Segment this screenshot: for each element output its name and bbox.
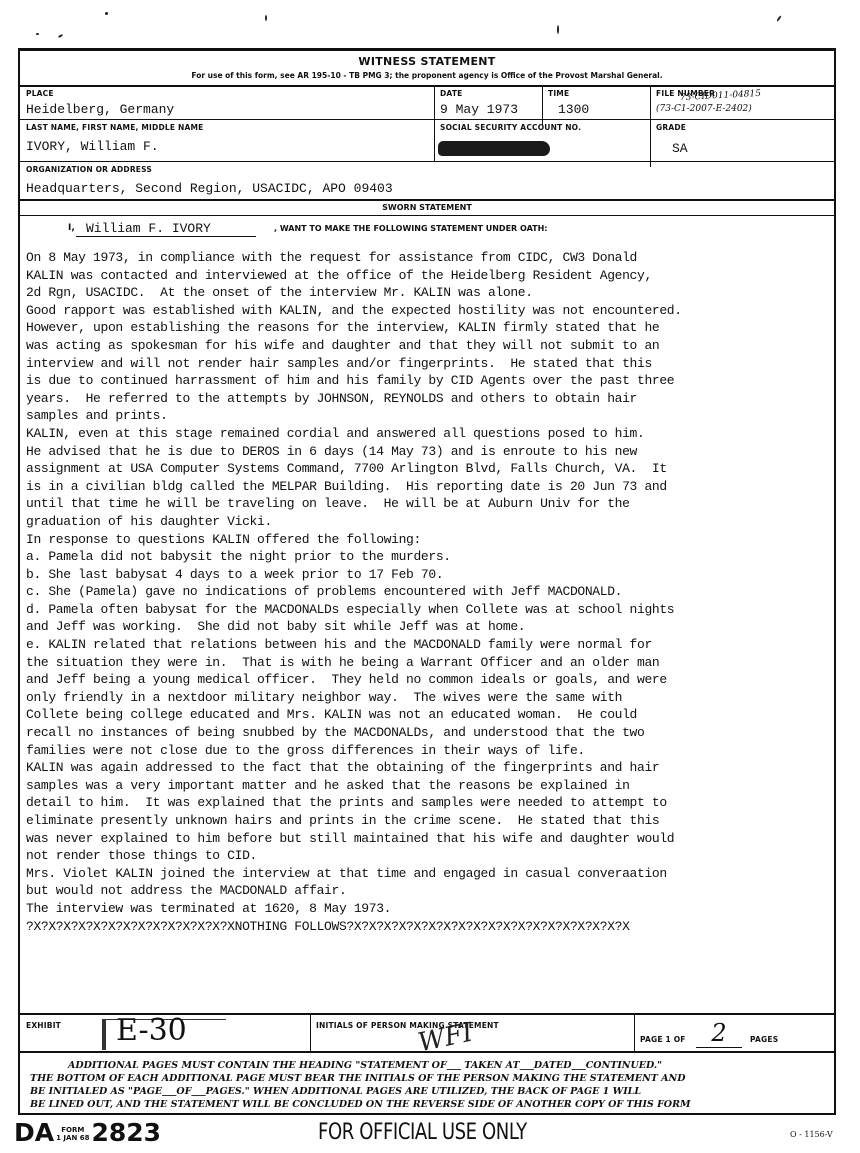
- statement-line: and Jeff being a young medical officer. …: [26, 671, 841, 689]
- divider: [310, 1013, 311, 1051]
- statement-line: the situation they were in. That is with…: [26, 654, 841, 672]
- ssn-label: SOCIAL SECURITY ACCOUNT NO.: [440, 123, 581, 132]
- divider: [20, 199, 834, 201]
- statement-line: a. Pamela did not babysit the night prio…: [26, 548, 841, 566]
- statement-line: eliminate presently unknown hairs and pr…: [26, 812, 841, 830]
- notice-line: BE LINED OUT, AND THE STATEMENT WILL BE …: [30, 1098, 828, 1111]
- form-edition: 1 JAN 68: [56, 1134, 89, 1142]
- divider: [634, 1013, 635, 1051]
- notice-line: BE INITIALED AS "PAGE___OF___PAGES." WHE…: [30, 1085, 828, 1098]
- statement-line: and Jeff was working. She did not baby s…: [26, 618, 841, 636]
- statement-line: only friendly in a nextdoor military nei…: [26, 689, 841, 707]
- organization-value: Headquarters, Second Region, USACIDC, AP…: [26, 181, 393, 196]
- form-agency: DA: [14, 1118, 54, 1147]
- form-word: FORM: [61, 1126, 84, 1134]
- statement-line: Collete being college educated and Mrs. …: [26, 706, 841, 724]
- form-title: WITNESS STATEMENT: [20, 55, 834, 68]
- statement-line: KALIN was contacted and interviewed at t…: [26, 267, 841, 285]
- statement-line: On 8 May 1973, in compliance with the re…: [26, 249, 841, 267]
- form-number: DAFORM1 JAN 682823: [14, 1118, 161, 1147]
- form-number-value: 2823: [91, 1118, 161, 1147]
- statement-line: However, upon establishing the reasons f…: [26, 319, 841, 337]
- notice-line: THE BOTTOM OF EACH ADDITIONAL PAGE MUST …: [30, 1072, 828, 1085]
- name-value: IVORY, William F.: [26, 139, 159, 154]
- statement-line: KALIN, even at this stage remained cordi…: [26, 425, 841, 443]
- grade-value: SA: [672, 141, 688, 156]
- sworn-statement-title: SWORN STATEMENT: [20, 203, 834, 212]
- statement-line: recall no instances of being snubbed by …: [26, 724, 841, 742]
- time-label: TIME: [548, 89, 569, 98]
- organization-label: ORGANIZATION OR ADDRESS: [26, 165, 152, 174]
- oath-name: William F. IVORY: [76, 221, 256, 237]
- divider: [650, 85, 651, 167]
- page-count-suffix: PAGES: [750, 1035, 778, 1044]
- divider: [20, 85, 834, 87]
- page-count-total: 2: [696, 1019, 742, 1048]
- statement-line: families were not close due to the gross…: [26, 742, 841, 760]
- place-label: PLACE: [26, 89, 54, 98]
- divider: [20, 161, 834, 162]
- statement-line: not render those things to CID.: [26, 847, 841, 865]
- statement-line: c. She (Pamela) gave no indications of p…: [26, 583, 841, 601]
- exhibit-value: E-30: [116, 1013, 187, 1048]
- oath-line: I, William F. IVORY , WANT TO MAKE THE F…: [20, 221, 834, 239]
- divider: [434, 119, 435, 161]
- divider: [20, 215, 834, 216]
- notice-line: ADDITIONAL PAGES MUST CONTAIN THE HEADIN…: [30, 1059, 828, 1072]
- exhibit-label: EXHIBIT: [26, 1021, 61, 1030]
- name-label: LAST NAME, FIRST NAME, MIDDLE NAME: [26, 123, 203, 132]
- scan-speck: [36, 33, 39, 35]
- witness-statement-page: WITNESS STATEMENT For use of this form, …: [0, 0, 860, 1153]
- statement-line: samples and prints.: [26, 407, 841, 425]
- statement-body: On 8 May 1973, in compliance with the re…: [26, 249, 841, 935]
- grade-label: GRADE: [656, 123, 686, 132]
- scan-speck: [265, 15, 267, 21]
- date-value: 9 May 1973: [440, 102, 518, 117]
- divider: [20, 1051, 834, 1053]
- place-value: Heidelberg, Germany: [26, 102, 174, 117]
- statement-line: graduation of his daughter Vicki.: [26, 513, 841, 531]
- statement-line: was never explained to him before but st…: [26, 830, 841, 848]
- statement-line: d. Pamela often babysat for the MACDONAL…: [26, 601, 841, 619]
- print-code: O - 1156-V: [790, 1130, 833, 1139]
- statement-line: e. KALIN related that relations between …: [26, 636, 841, 654]
- witness-statement-form: WITNESS STATEMENT For use of this form, …: [18, 48, 836, 1115]
- additional-pages-notice: ADDITIONAL PAGES MUST CONTAIN THE HEADIN…: [30, 1059, 828, 1111]
- statement-line: Good rapport was established with KALIN,…: [26, 302, 841, 320]
- statement-line: years. He referred to the attempts by JO…: [26, 390, 841, 408]
- page-count-prefix: PAGE 1 OF: [640, 1035, 686, 1044]
- statement-line: 2d Rgn, USACIDC. At the onset of the int…: [26, 284, 841, 302]
- statement-line: KALIN was again addressed to the fact th…: [26, 759, 841, 777]
- divider: [20, 119, 834, 120]
- scan-speck: [557, 25, 559, 34]
- statement-line: assignment at USA Computer Systems Comma…: [26, 460, 841, 478]
- statement-line: ?X?X?X?X?X?X?X?X?X?X?X?X?X?XNOTHING FOLL…: [26, 918, 841, 936]
- statement-line: but would not address the MACDONALD affa…: [26, 882, 841, 900]
- scan-speck: [776, 15, 782, 22]
- form-subtitle: For use of this form, see AR 195-10 - TB…: [20, 71, 834, 80]
- statement-line: was acting as spokesman for his wife and…: [26, 337, 841, 355]
- scan-speck: [105, 12, 108, 15]
- file-number-value-alt: (73-C1-2007-E-2402): [656, 104, 752, 114]
- oath-prefix: I,: [68, 223, 75, 233]
- statement-line: detail to him. It was explained that the…: [26, 794, 841, 812]
- statement-line: He advised that he is due to DEROS in 6 …: [26, 443, 841, 461]
- statement-line: The interview was terminated at 1620, 8 …: [26, 900, 841, 918]
- statement-line: is due to continued harrassment of him a…: [26, 372, 841, 390]
- statement-line: Mrs. Violet KALIN joined the interview a…: [26, 865, 841, 883]
- statement-line: until that time he will be traveling on …: [26, 495, 841, 513]
- scan-speck: [58, 34, 63, 38]
- statement-line: samples was a very important matter and …: [26, 777, 841, 795]
- date-label: DATE: [440, 89, 463, 98]
- oath-text: , WANT TO MAKE THE FOLLOWING STATEMENT U…: [274, 224, 548, 233]
- ssn-redaction: [438, 141, 550, 156]
- statement-line: interview and will not render hair sampl…: [26, 355, 841, 373]
- statement-line: In response to questions KALIN offered t…: [26, 531, 841, 549]
- classification-marking: FOR OFFICIAL USE ONLY: [318, 1120, 527, 1145]
- time-value: 1300: [558, 102, 589, 117]
- statement-line: is in a civilian bldg called the MELPAR …: [26, 478, 841, 496]
- statement-line: b. She last babysat 4 days to a week pri…: [26, 566, 841, 584]
